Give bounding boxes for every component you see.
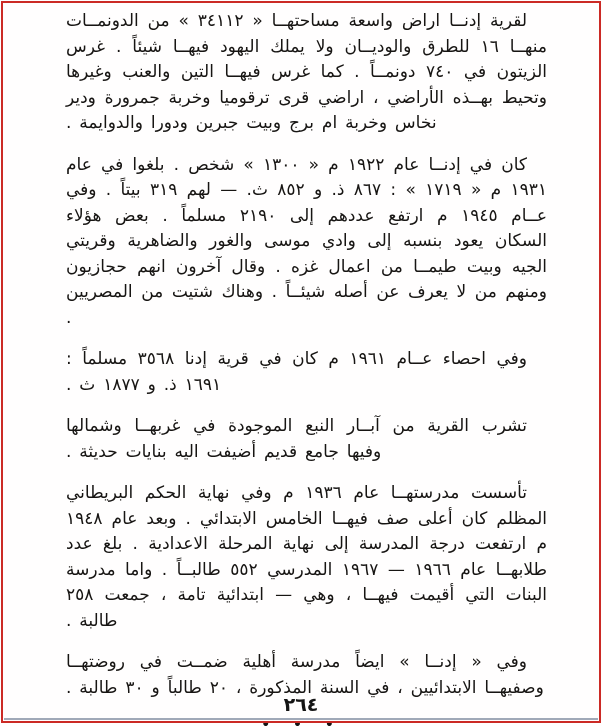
text-block: لقرية إدنــا اراض واسعة مساحتهــا « ٣٤١١… bbox=[66, 9, 547, 726]
paragraph-population-history: كان في إدنــا عام ١٩٢٢ م « ١٣٠٠ » شخص . … bbox=[66, 153, 547, 332]
paragraph-schools: تأسست مدرستهــا عام ١٩٣٦ م وفي نهاية الح… bbox=[66, 481, 547, 634]
paragraph-census-1961: وفي احصاء عــام ١٩٦١ م كان في قرية إدنا … bbox=[66, 347, 547, 398]
paragraph-village-lands: لقرية إدنــا اراض واسعة مساحتهــا « ٣٤١١… bbox=[66, 9, 547, 137]
paragraph-water-mosque: تشرب القرية من آبــار النبع الموجودة في … bbox=[66, 414, 547, 465]
book-page: لقرية إدنــا اراض واسعة مساحتهــا « ٣٤١١… bbox=[0, 0, 602, 726]
bottom-scan-line bbox=[4, 718, 598, 720]
page-number: ٢٦٤ bbox=[0, 694, 602, 716]
